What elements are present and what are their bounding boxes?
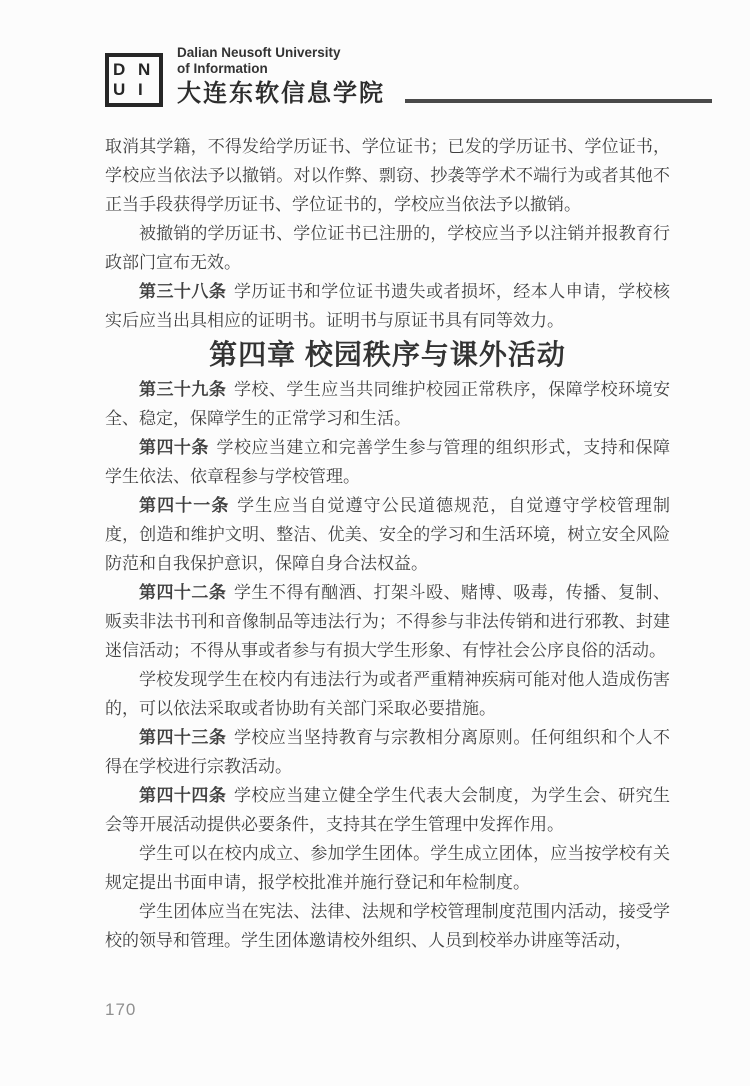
article-paragraph: 学生团体应当在宪法、法律、法规和学校管理制度范围内活动，接受学校的领导和管理。学…: [105, 897, 670, 955]
article-paragraph: 第四十条学校应当建立和完善学生参与管理的组织形式，支持和保障学生依法、依章程参与…: [105, 433, 670, 491]
header-divider: [405, 99, 712, 103]
university-name-block: Dalian Neusoft University of Information…: [177, 45, 385, 107]
logo-letters-bottom: U I: [113, 80, 159, 100]
article-number: 第四十四条: [139, 786, 226, 805]
article-paragraph: 第三十八条学历证书和学位证书遗失或者损坏，经本人申请，学校核实后应当出具相应的证…: [105, 277, 670, 335]
document-body: 取消其学籍，不得发给学历证书、学位证书；已发的学历证书、学位证书，学校应当依法予…: [0, 107, 750, 955]
document-page: D N U I Dalian Neusoft University of Inf…: [0, 0, 750, 1086]
article-number: 第四十三条: [139, 728, 226, 747]
article-number: 第四十条: [139, 438, 209, 457]
article-paragraph: 取消其学籍，不得发给学历证书、学位证书；已发的学历证书、学位证书，学校应当依法予…: [105, 132, 670, 219]
article-paragraph: 学生可以在校内成立、参加学生团体。学生成立团体，应当按学校有关规定提出书面申请，…: [105, 839, 670, 897]
paragraph-text: 被撤销的学历证书、学位证书已注册的，学校应当予以注销并报教育行政部门宣布无效。: [105, 224, 670, 272]
paragraph-text: 取消其学籍，不得发给学历证书、学位证书；已发的学历证书、学位证书，学校应当依法予…: [105, 137, 670, 214]
logo-letters-top: D N: [113, 60, 159, 80]
article-paragraph: 第四十三条学校应当坚持教育与宗教相分离原则。任何组织和个人不得在学校进行宗教活动…: [105, 723, 670, 781]
article-paragraph: 第四十二条学生不得有酗酒、打架斗殴、赌博、吸毒，传播、复制、贩卖非法书刊和音像制…: [105, 578, 670, 665]
paragraph-text: 学生团体应当在宪法、法律、法规和学校管理制度范围内活动，接受学校的领导和管理。学…: [105, 902, 670, 950]
university-name-zh: 大连东软信息学院: [177, 81, 385, 107]
article-paragraph: 第四十四条学校应当建立健全学生代表大会制度，为学生会、研究生会等开展活动提供必要…: [105, 781, 670, 839]
paragraph-text: 学生可以在校内成立、参加学生团体。学生成立团体，应当按学校有关规定提出书面申请，…: [105, 844, 670, 892]
article-number: 第三十九条: [139, 380, 226, 399]
page-header: D N U I Dalian Neusoft University of Inf…: [0, 0, 750, 107]
page-number: 170: [105, 1000, 136, 1020]
article-paragraph: 被撤销的学历证书、学位证书已注册的，学校应当予以注销并报教育行政部门宣布无效。: [105, 219, 670, 277]
article-number: 第四十二条: [139, 583, 226, 602]
chapter-heading: 第四章 校园秩序与课外活动: [105, 335, 670, 375]
university-name-en-line1: Dalian Neusoft University: [177, 45, 385, 61]
article-number: 第四十一条: [139, 496, 229, 515]
university-logo: D N U I: [105, 53, 163, 107]
article-number: 第三十八条: [139, 282, 226, 301]
article-paragraph: 第四十一条学生应当自觉遵守公民道德规范，自觉遵守学校管理制度，创造和维护文明、整…: [105, 491, 670, 578]
article-paragraph: 第三十九条学校、学生应当共同维护校园正常秩序，保障学校环境安全、稳定，保障学生的…: [105, 375, 670, 433]
article-paragraph: 学校发现学生在校内有违法行为或者严重精神疾病可能对他人造成伤害的，可以依法采取或…: [105, 665, 670, 723]
paragraph-text: 学校发现学生在校内有违法行为或者严重精神疾病可能对他人造成伤害的，可以依法采取或…: [105, 670, 670, 718]
university-name-en-line2: of Information: [177, 61, 385, 77]
